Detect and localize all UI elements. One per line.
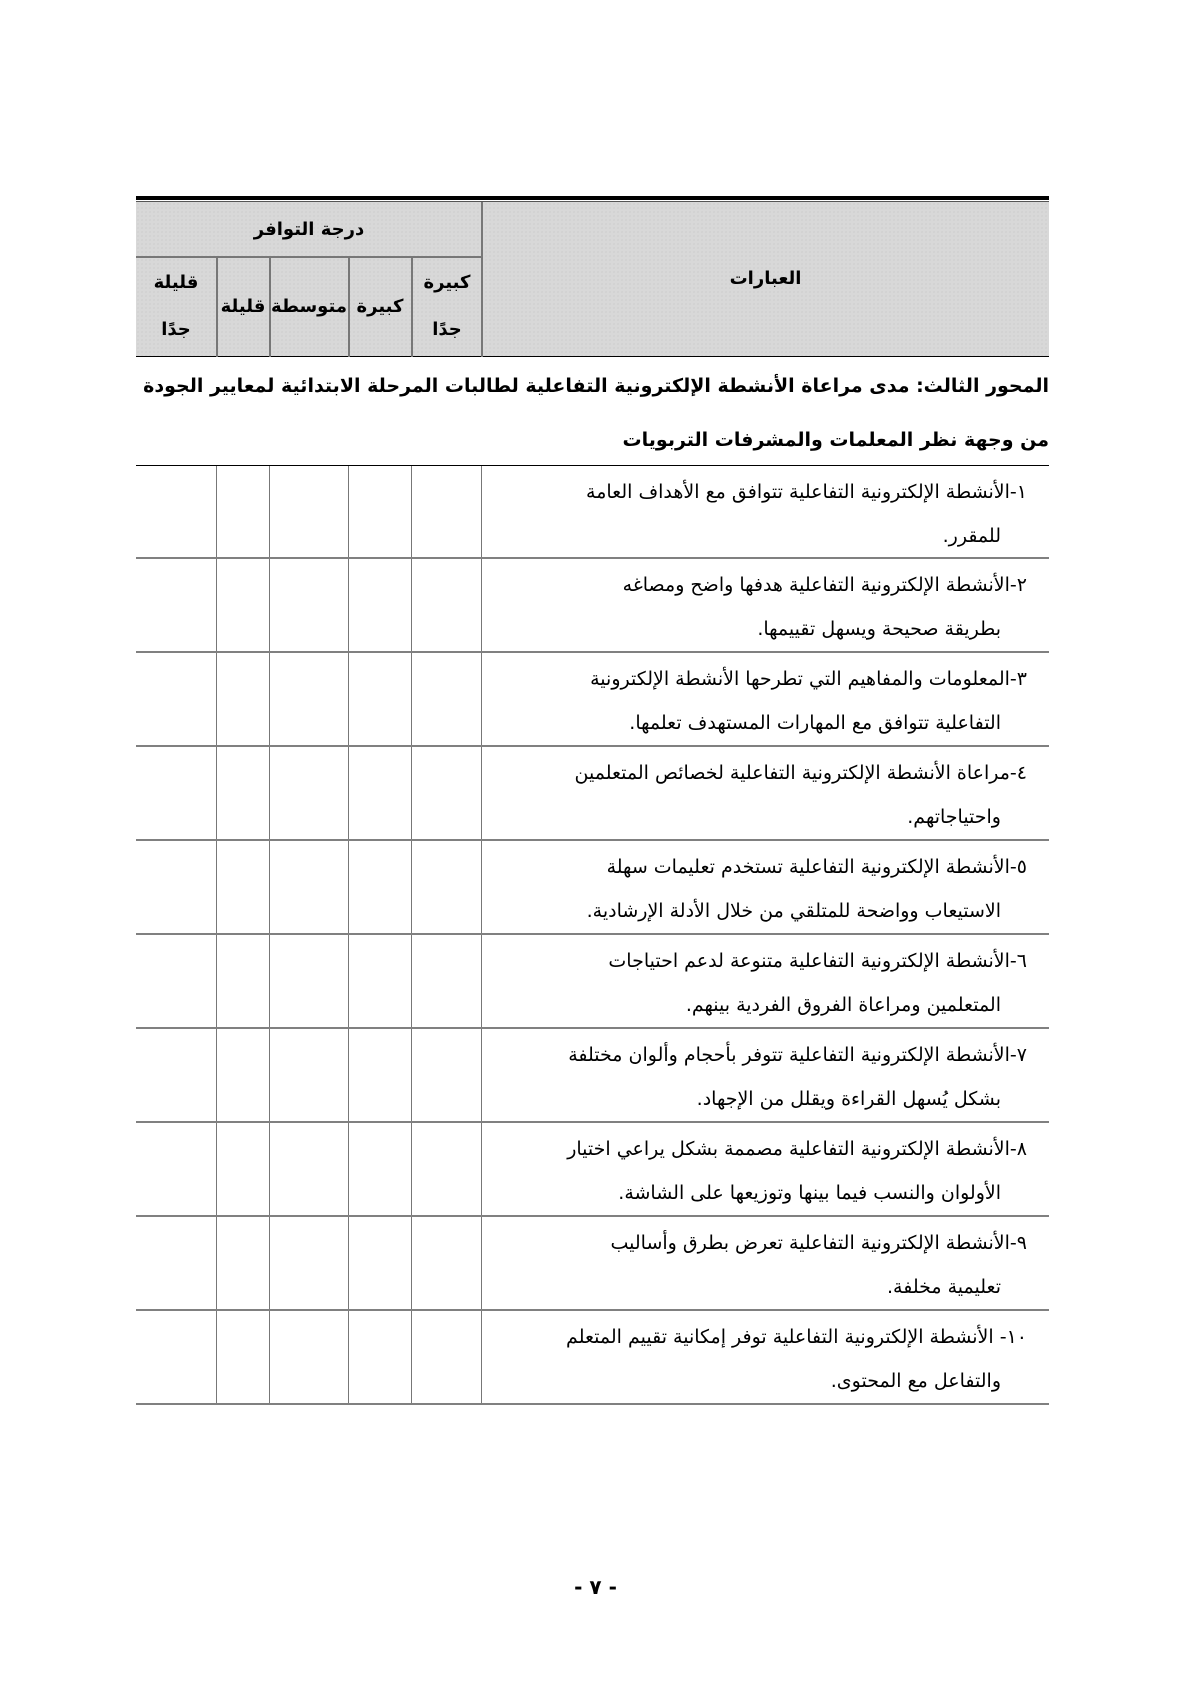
scale-high: كبيرة (349, 257, 411, 355)
rating-cell-very-low[interactable] (136, 1029, 217, 1121)
rating-cell-high[interactable] (349, 1123, 412, 1215)
statement-line2: التفاعلية تتوافق مع المهارات المستهدف تع… (488, 701, 1027, 745)
col-divider (269, 257, 271, 357)
document-page: العبارات درجة التوافر كبيرة جدًا كبيرة م… (0, 0, 1191, 1684)
rating-cell-high[interactable] (349, 935, 412, 1027)
page-number: - ٧ - (0, 1575, 1191, 1599)
rating-cell-high[interactable] (349, 1311, 412, 1403)
statement-text: ٥-الأنشطة الإلكترونية التفاعلية تستخدم ت… (482, 841, 1049, 933)
rating-cell-very-low[interactable] (136, 1217, 217, 1309)
section-heading-line2: من وجهة نظر المعلمات والمشرفات التربويات (136, 422, 1049, 458)
rating-cell-high[interactable] (349, 559, 412, 651)
statement-line1: ٦-الأنشطة الإلكترونية التفاعلية متنوعة ل… (488, 939, 1027, 983)
rating-cell-low[interactable] (217, 841, 270, 933)
rating-cell-high[interactable] (349, 653, 412, 745)
rating-cell-high[interactable] (349, 747, 412, 839)
rating-cell-very-low[interactable] (136, 1311, 217, 1403)
table-row: ٩-الأنشطة الإلكترونية التفاعلية تعرض بطر… (136, 1217, 1049, 1311)
statement-line2: تعليمية مخلفة. (488, 1265, 1027, 1309)
scale-very-low-line1: قليلة (154, 259, 199, 306)
rating-cell-very-low[interactable] (136, 841, 217, 933)
rating-cell-medium[interactable] (270, 1217, 349, 1309)
statements-header-label: العبارات (730, 255, 802, 302)
statement-text: ٧-الأنشطة الإلكترونية التفاعلية تتوفر بأ… (482, 1029, 1049, 1121)
table-header: العبارات درجة التوافر كبيرة جدًا كبيرة م… (136, 202, 1049, 357)
statement-text: ٦-الأنشطة الإلكترونية التفاعلية متنوعة ل… (482, 935, 1049, 1027)
statement-line1: ٩-الأنشطة الإلكترونية التفاعلية تعرض بطر… (488, 1221, 1027, 1265)
table-row: ٨-الأنشطة الإلكترونية التفاعلية مصممة بش… (136, 1123, 1049, 1217)
statement-line2: بطريقة صحيحة ويسهل تقييمها. (488, 607, 1027, 651)
statement-text: ٢-الأنشطة الإلكترونية التفاعلية هدفها وا… (482, 559, 1049, 651)
scale-very-high-line2: جدًا (432, 306, 462, 353)
rating-cell-very-low[interactable] (136, 466, 217, 557)
rating-cell-very-high[interactable] (412, 935, 482, 1027)
rating-cell-medium[interactable] (270, 747, 349, 839)
statement-line2: والتفاعل مع المحتوى. (488, 1359, 1027, 1403)
table-row: ١-الأنشطة الإلكترونية التفاعلية تتوافق م… (136, 465, 1049, 559)
rating-cell-very-high[interactable] (412, 653, 482, 745)
rating-cell-medium[interactable] (270, 653, 349, 745)
rating-cell-very-high[interactable] (412, 559, 482, 651)
table-row: ١٠- الأنشطة الإلكترونية التفاعلية توفر إ… (136, 1311, 1049, 1405)
rating-cell-very-low[interactable] (136, 747, 217, 839)
rating-cell-medium[interactable] (270, 1029, 349, 1121)
statement-line2: المتعلمين ومراعاة الفروق الفردية بينهم. (488, 983, 1027, 1027)
top-rule (136, 196, 1049, 200)
statement-line1: ٤-مراعاة الأنشطة الإلكترونية التفاعلية ل… (488, 751, 1027, 795)
rating-cell-very-low[interactable] (136, 559, 217, 651)
table-row: ٤-مراعاة الأنشطة الإلكترونية التفاعلية ل… (136, 747, 1049, 841)
rating-cell-medium[interactable] (270, 841, 349, 933)
statement-line2: الأولوان والنسب فيما بينها وتوزيعها على … (488, 1171, 1027, 1215)
rating-cell-very-low[interactable] (136, 935, 217, 1027)
rating-cell-medium[interactable] (270, 1311, 349, 1403)
rating-cell-medium[interactable] (270, 935, 349, 1027)
statements-table: ١-الأنشطة الإلكترونية التفاعلية تتوافق م… (136, 465, 1049, 1405)
scale-very-low: قليلة جدًا (136, 257, 216, 355)
col-divider (216, 257, 218, 357)
statement-line1: ١-الأنشطة الإلكترونية التفاعلية تتوافق م… (488, 470, 1027, 514)
section-heading-line1: المحور الثالث: مدى مراعاة الأنشطة الإلكت… (136, 368, 1049, 404)
statement-line1: ٥-الأنشطة الإلكترونية التفاعلية تستخدم ت… (488, 845, 1027, 889)
statement-text: ٩-الأنشطة الإلكترونية التفاعلية تعرض بطر… (482, 1217, 1049, 1309)
statement-text: ١٠- الأنشطة الإلكترونية التفاعلية توفر إ… (482, 1311, 1049, 1403)
table-row: ٥-الأنشطة الإلكترونية التفاعلية تستخدم ت… (136, 841, 1049, 935)
statement-line2: الاستيعاب وواضحة للمتلقي من خلال الأدلة … (488, 889, 1027, 933)
rating-cell-low[interactable] (217, 1029, 270, 1121)
rating-cell-low[interactable] (217, 747, 270, 839)
table-row: ٦-الأنشطة الإلكترونية التفاعلية متنوعة ل… (136, 935, 1049, 1029)
statement-line1: ٧-الأنشطة الإلكترونية التفاعلية تتوفر بأ… (488, 1033, 1027, 1077)
rating-cell-low[interactable] (217, 559, 270, 651)
statement-line1: ٣-المعلومات والمفاهيم التي تطرحها الأنشط… (488, 657, 1027, 701)
scale-very-high: كبيرة جدًا (412, 257, 482, 355)
statement-line2: للمقرر. (488, 514, 1027, 558)
rating-cell-medium[interactable] (270, 466, 349, 557)
rating-cell-medium[interactable] (270, 559, 349, 651)
scale-very-high-line1: كبيرة (424, 259, 471, 306)
statement-text: ٣-المعلومات والمفاهيم التي تطرحها الأنشط… (482, 653, 1049, 745)
rating-cell-very-low[interactable] (136, 1123, 217, 1215)
rating-cell-very-low[interactable] (136, 653, 217, 745)
rating-cell-high[interactable] (349, 1217, 412, 1309)
rating-cell-low[interactable] (217, 935, 270, 1027)
statement-text: ١-الأنشطة الإلكترونية التفاعلية تتوافق م… (482, 466, 1049, 557)
rating-cell-very-high[interactable] (412, 747, 482, 839)
scale-low: قليلة (217, 257, 269, 355)
rating-cell-low[interactable] (217, 466, 270, 557)
col-divider (411, 257, 413, 357)
statements-header: العبارات (482, 202, 1049, 355)
rating-cell-very-high[interactable] (412, 1029, 482, 1121)
table-row: ٣-المعلومات والمفاهيم التي تطرحها الأنشط… (136, 653, 1049, 747)
statement-line1: ١٠- الأنشطة الإلكترونية التفاعلية توفر إ… (488, 1315, 1027, 1359)
rating-cell-very-high[interactable] (412, 1123, 482, 1215)
rating-cell-high[interactable] (349, 1029, 412, 1121)
statement-text: ٤-مراعاة الأنشطة الإلكترونية التفاعلية ل… (482, 747, 1049, 839)
statement-line2: واحتياجاتهم. (488, 795, 1027, 839)
scale-high-label: كبيرة (357, 283, 404, 330)
rating-cell-medium[interactable] (270, 1123, 349, 1215)
rating-cell-low[interactable] (217, 1123, 270, 1215)
rating-cell-low[interactable] (217, 1217, 270, 1309)
availability-header: درجة التوافر (136, 202, 482, 256)
scale-medium: متوسطة (270, 257, 348, 355)
availability-header-label: درجة التوافر (254, 206, 364, 253)
rating-cell-very-high[interactable] (412, 1217, 482, 1309)
table-row: ٢-الأنشطة الإلكترونية التفاعلية هدفها وا… (136, 559, 1049, 653)
scale-very-low-line2: جدًا (161, 306, 191, 353)
col-divider (348, 257, 350, 357)
statement-line1: ٢-الأنشطة الإلكترونية التفاعلية هدفها وا… (488, 563, 1027, 607)
rating-cell-high[interactable] (349, 841, 412, 933)
rating-cell-very-high[interactable] (412, 841, 482, 933)
statement-line1: ٨-الأنشطة الإلكترونية التفاعلية مصممة بش… (488, 1127, 1027, 1171)
scale-medium-label: متوسطة (271, 283, 347, 330)
statement-text: ٨-الأنشطة الإلكترونية التفاعلية مصممة بش… (482, 1123, 1049, 1215)
rating-cell-very-high[interactable] (412, 466, 482, 557)
table-row: ٧-الأنشطة الإلكترونية التفاعلية تتوفر بأ… (136, 1029, 1049, 1123)
statement-line2: بشكل يُسهل القراءة ويقلل من الإجهاد. (488, 1077, 1027, 1121)
rating-cell-low[interactable] (217, 1311, 270, 1403)
rating-cell-very-high[interactable] (412, 1311, 482, 1403)
scale-low-label: قليلة (221, 283, 266, 330)
rating-cell-high[interactable] (349, 466, 412, 557)
rating-cell-low[interactable] (217, 653, 270, 745)
